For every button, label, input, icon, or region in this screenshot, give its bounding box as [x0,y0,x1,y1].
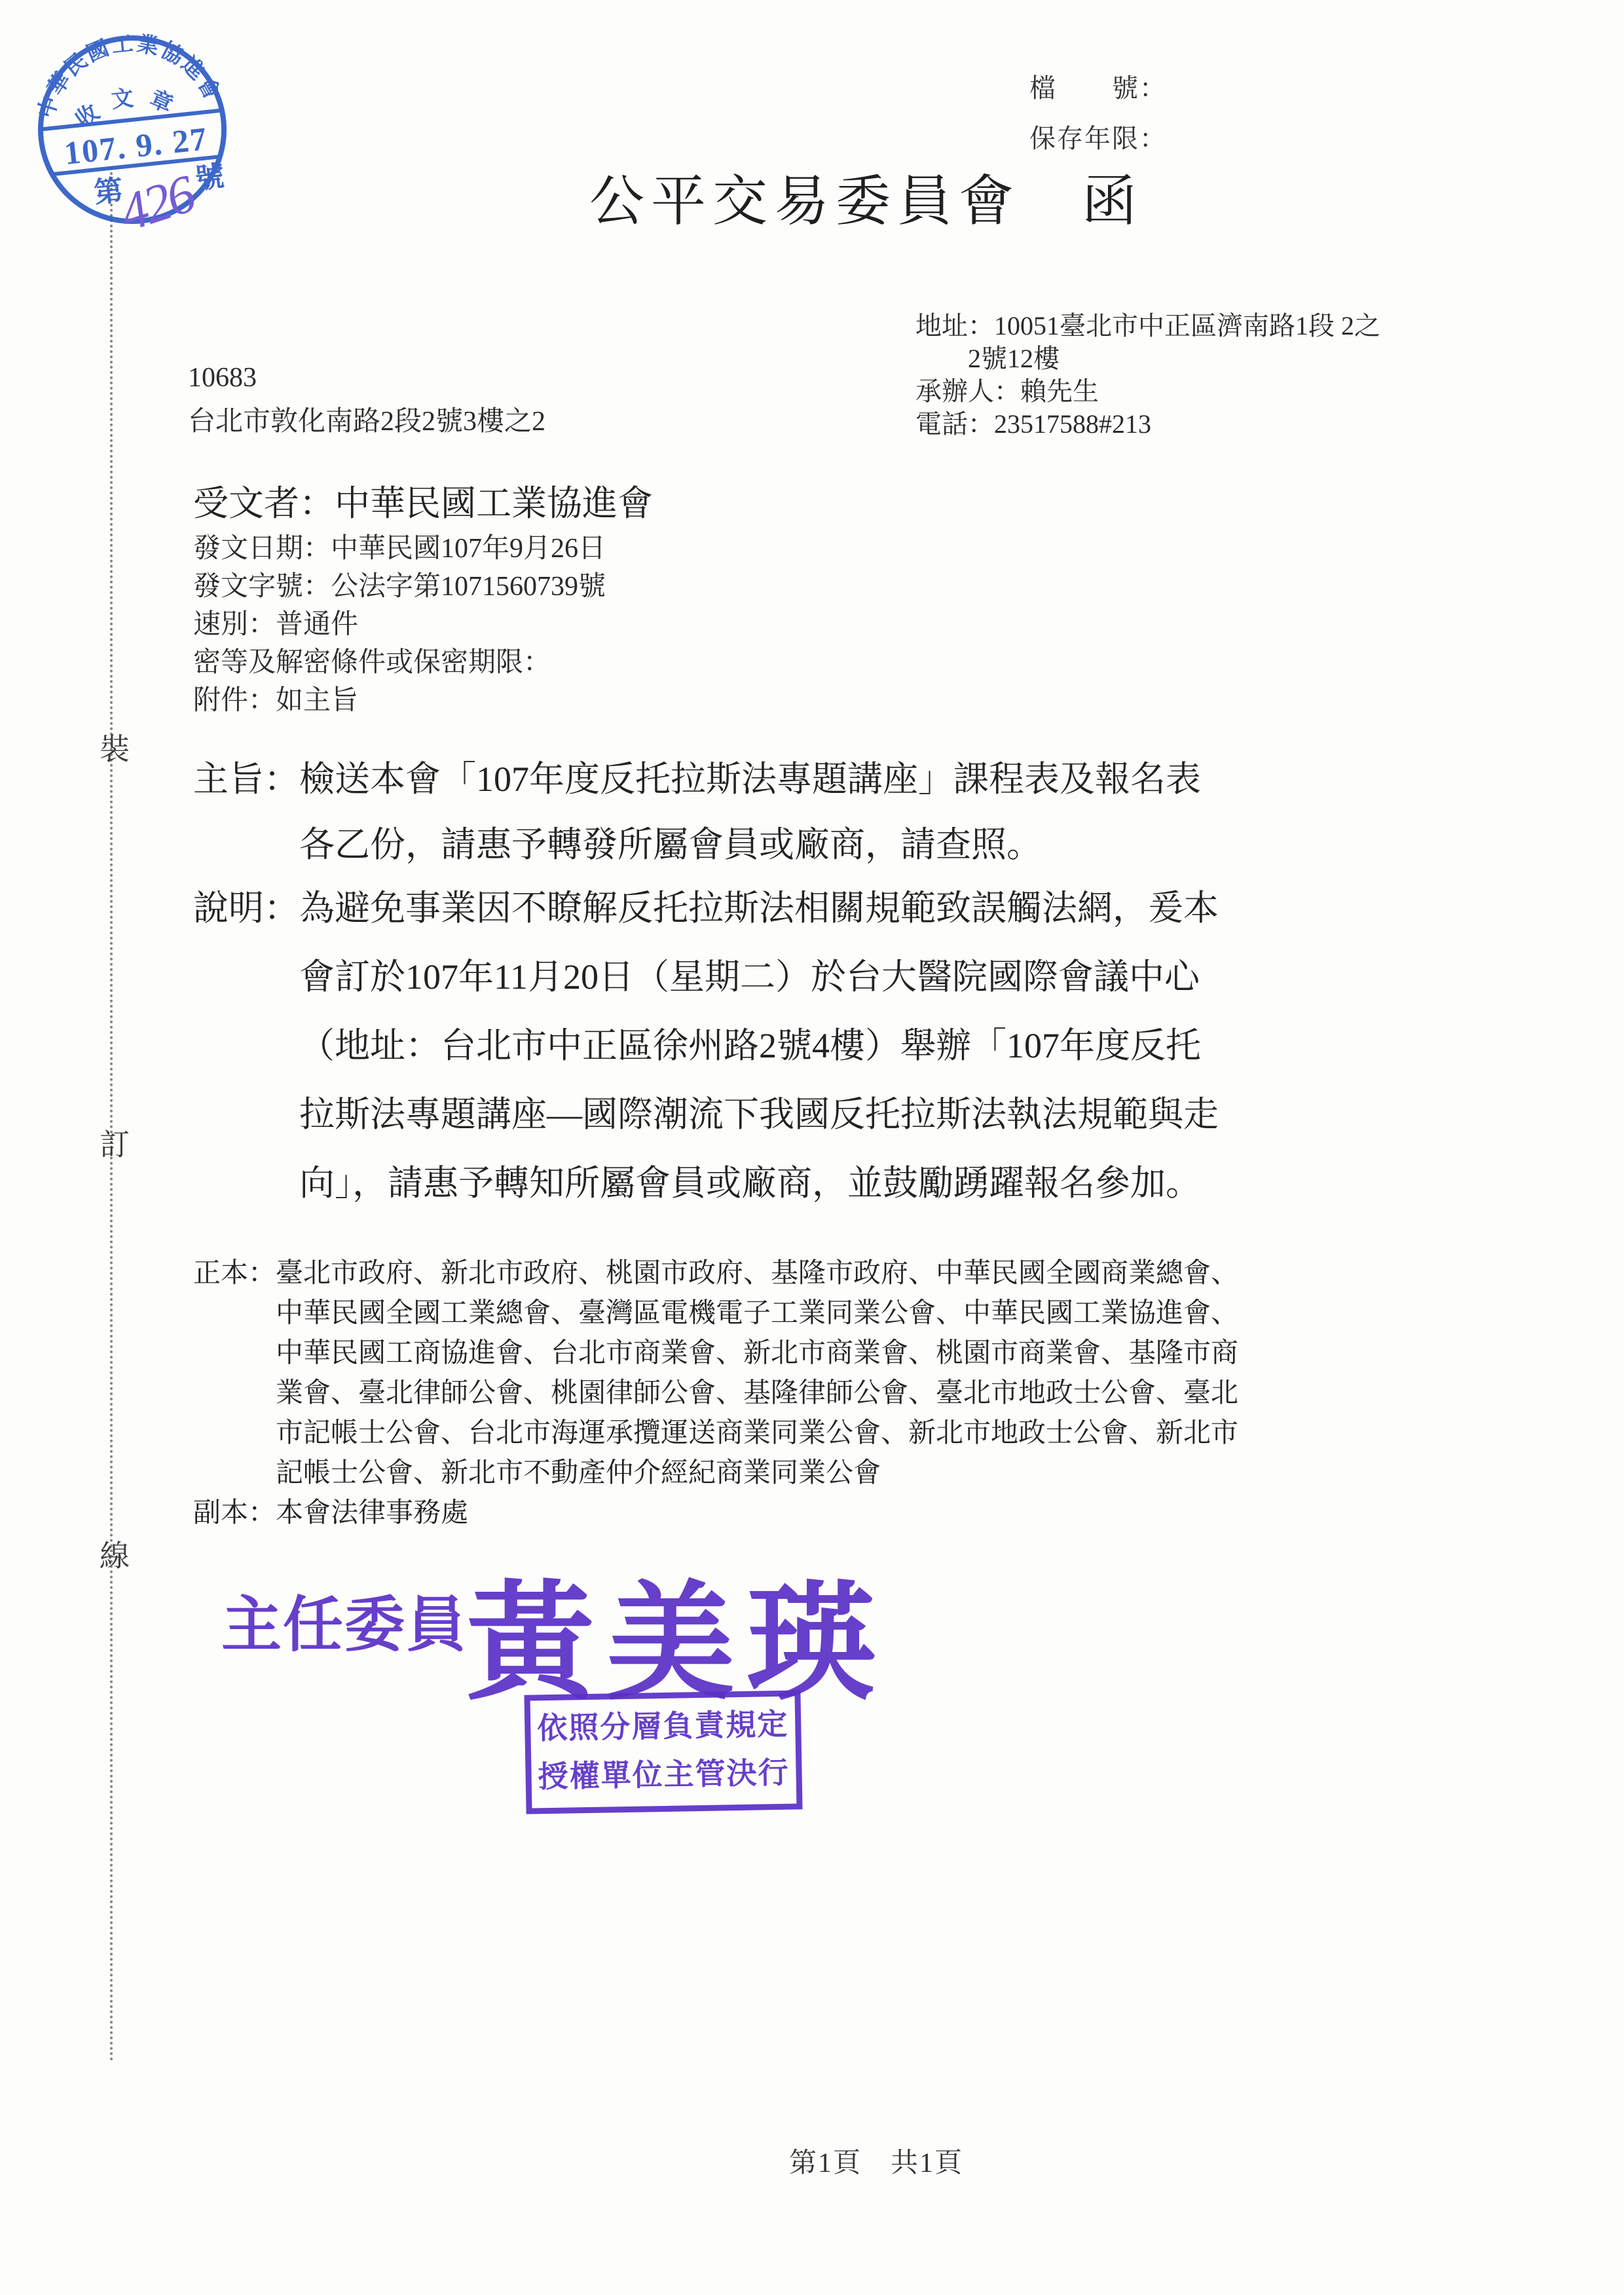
chairperson-title-seal: 主任委員 [221,1577,468,1663]
explanation-line: 會訂於107年11月20日（星期二）於台大醫院國際會議中心 [299,943,1219,1012]
subject-line: 主旨：檢送本會「107年度反托拉斯法專題講座」課程表及報名表 [193,746,1201,812]
distribution-line: 正本：臺北市政府、新北市政府、桃園市政府、基隆市政府、中華民國全國商業總會、 [193,1254,1238,1294]
cc-line: 副本：本會法律事務處 [193,1494,1238,1533]
stamp-handwritten-number: 426 [113,163,202,238]
recipient-line: 受文者：中華民國工業協進會 [193,475,653,526]
subject-line: 各乙份，請惠予轉發所屬會員或廠商，請查照。 [299,812,1201,877]
explanation-line: 說明：為避免事業因不瞭解反托拉斯法相關規範致誤觸法網，爰本 [193,874,1219,943]
sender-contact: 承辦人：賴先生 [915,371,1099,408]
meta-speed: 速別：普通件 [193,602,358,642]
receipt-stamp: 中華民國工業協進會 收文章 107. 9. 27 第 號 426 [24,22,240,238]
distribution-line: 中華民國工商協進會、台北市商業會、新北市商業會、桃園市商業會、基隆市商 [276,1334,1238,1374]
sender-address-line1: 地址：10051臺北市中正區濟南路1段 2之 [915,305,1380,342]
meta-doc-number: 發文字號：公法字第1071560739號 [193,564,606,604]
subject-paragraph: 主旨：檢送本會「107年度反托拉斯法專題講座」課程表及報名表 各乙份，請惠予轉發… [193,746,1201,877]
authorization-stamp-line: 授權單位主管決行 [531,1748,796,1801]
recipient-zip: 10683 [188,362,257,394]
stamp-no-suffix: 號 [194,160,226,195]
page-number: 第1頁 共1頁 [789,2141,963,2180]
explanation-line: 向」，請惠予轉知所屬會員或廠商，並鼓勵踴躍報名參加。 [299,1149,1219,1218]
sender-address-line2: 2號12樓 [968,338,1060,375]
distribution-line: 市記帳士公會、台北市海運承攬運送商業同業公會、新北市地政士公會、新北市 [276,1414,1238,1454]
file-number-label: 檔 號： [1029,67,1167,105]
explanation-line: （地址：台北市中正區徐州路2號4樓）舉辦「107年度反托 [299,1012,1219,1080]
official-letter-page: 裝 訂 線 中華民國工業協進會 收文章 107. 9. 27 第 號 426 [0,0,1624,2295]
distribution-line: 業會、臺北律師公會、桃園律師公會、基隆律師公會、臺北市地政士公會、臺北 [276,1374,1238,1414]
retention-period-label: 保存年限： [1029,118,1167,155]
margin-mark-zhuang: 裝 [99,725,130,769]
authorization-stamp: 依照分層負責規定 授權單位主管決行 [524,1690,802,1814]
receipt-stamp-graphic: 中華民國工業協進會 收文章 107. 9. 27 第 號 426 [24,22,240,238]
recipient-street: 台北市敦化南路2段2號3樓之2 [188,399,545,439]
margin-mark-xian: 線 [99,1532,130,1575]
authorization-stamp-line: 依照分層負責規定 [530,1700,796,1753]
explanation-paragraph: 說明：為避免事業因不瞭解反托拉斯法相關規範致誤觸法網，爰本 會訂於107年11月… [193,874,1219,1218]
meta-attachment: 附件：如主旨 [193,678,358,718]
distribution-list: 正本：臺北市政府、新北市政府、桃園市政府、基隆市政府、中華民國全國商業總會、 中… [193,1254,1238,1533]
margin-mark-ding: 訂 [99,1121,130,1164]
document-title: 公平交易委員會 函 [589,157,1143,236]
binding-dotted-line [110,167,113,2063]
meta-security: 密等及解密條件或保密期限： [193,640,551,680]
sender-phone: 電話：23517588#213 [915,403,1151,441]
distribution-line: 中華民國全國工業總會、臺灣區電機電子工業同業公會、中華民國工業協進會、 [276,1294,1238,1334]
explanation-line: 拉斯法專題講座—國際潮流下我國反托拉斯法執法規範與走 [299,1080,1219,1149]
meta-issue-date: 發文日期：中華民國107年9月26日 [193,526,606,566]
distribution-line: 記帳士公會、新北市不動產仲介經紀商業同業公會 [276,1454,1238,1494]
